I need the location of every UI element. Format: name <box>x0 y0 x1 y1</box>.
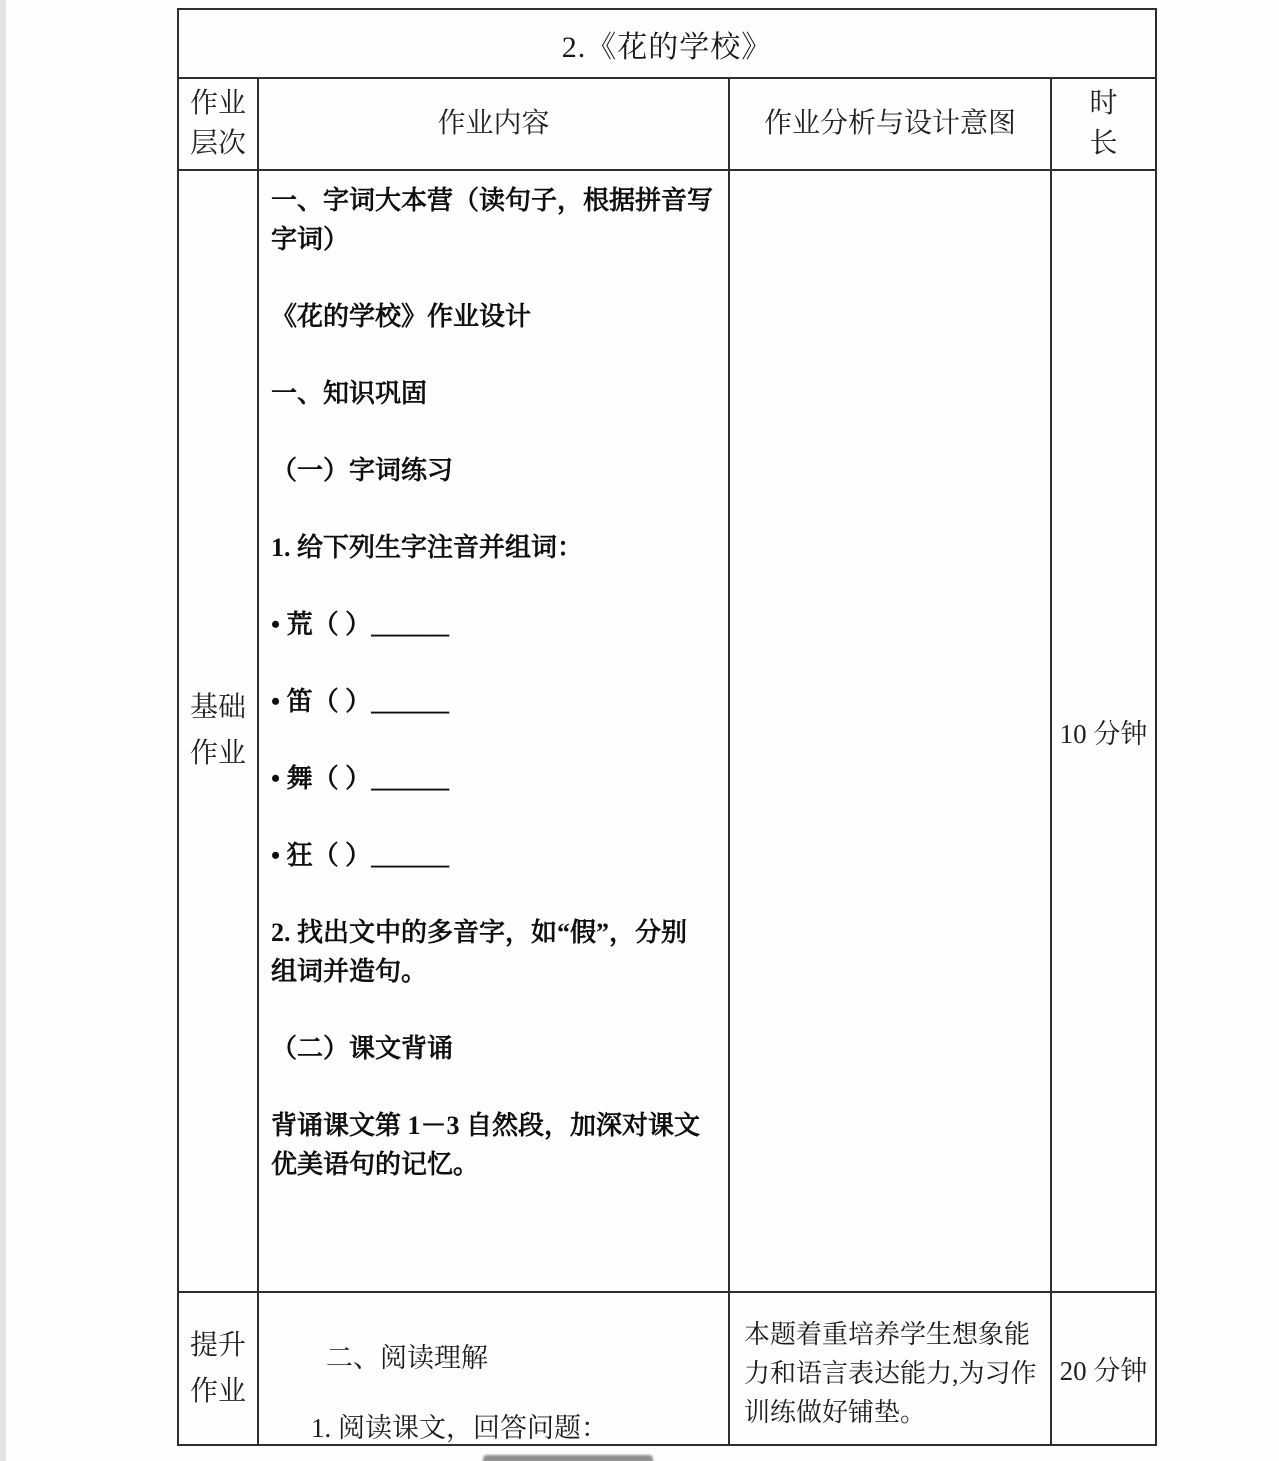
paragraph-recite-detail: 背诵课文第 1－3 自然段，加深对课文 优美语句的记忆。 <box>271 1106 718 1184</box>
bullet-wu: • 舞（ ）______ <box>271 759 718 798</box>
row-basic-level-label: 基础作业 <box>179 171 259 1293</box>
row-lift-content: 二、阅读理解 1. 阅读课文，回答问题： <box>259 1293 730 1444</box>
header-content: 作业内容 <box>259 79 730 171</box>
paragraph-task1: 1. 给下列生字注音并组词： <box>271 528 718 567</box>
cutoff-artifact <box>483 1455 653 1461</box>
row-lift-level-label: 提升作业 <box>179 1293 259 1444</box>
header-level: 作业层次 <box>179 79 259 171</box>
paragraph-reading-title: 二、阅读理解 <box>326 1339 718 1378</box>
paragraph-word-camp: 一、字词大本营（读句子，根据拼音写 字词） <box>271 181 718 259</box>
bullet-huang: • 荒（ ）______ <box>271 605 718 644</box>
paragraph-task2: 2. 找出文中的多音字，如“假”，分别 组词并造句。 <box>271 913 718 991</box>
table-title: 2.《花的学校》 <box>179 10 1155 79</box>
row-lift-duration: 20 分钟 <box>1052 1293 1155 1444</box>
bullet-kuang: • 狂（ ）______ <box>271 836 718 875</box>
document-page: 2.《花的学校》 作业层次 作业内容 作业分析与设计意图 时 长 基础作业 一、… <box>0 0 1279 1461</box>
homework-design-table: 2.《花的学校》 作业层次 作业内容 作业分析与设计意图 时 长 基础作业 一、… <box>177 8 1157 1446</box>
row-basic-content: 一、字词大本营（读句子，根据拼音写 字词） 《花的学校》作业设计 一、知识巩固 … <box>259 171 730 1293</box>
row-basic-duration: 10 分钟 <box>1052 171 1155 1293</box>
left-edge-shadow <box>0 0 6 1461</box>
paragraph-word-practice: （一）字词练习 <box>271 451 718 490</box>
paragraph-recite-title: （二）课文背诵 <box>271 1029 718 1068</box>
row-lift-analysis: 本题着重培养学生想象能 力和语言表达能力,为习作 训练做好铺垫。 <box>730 1293 1052 1444</box>
row-basic-analysis <box>730 171 1052 1293</box>
header-analysis: 作业分析与设计意图 <box>730 79 1052 171</box>
paragraph-design-title: 《花的学校》作业设计 <box>271 297 718 336</box>
header-duration: 时 长 <box>1052 79 1155 171</box>
paragraph-reading-task: 1. 阅读课文，回答问题： <box>311 1409 718 1444</box>
bullet-di: • 笛（ ）______ <box>271 682 718 721</box>
paragraph-knowledge: 一、知识巩固 <box>271 374 718 413</box>
